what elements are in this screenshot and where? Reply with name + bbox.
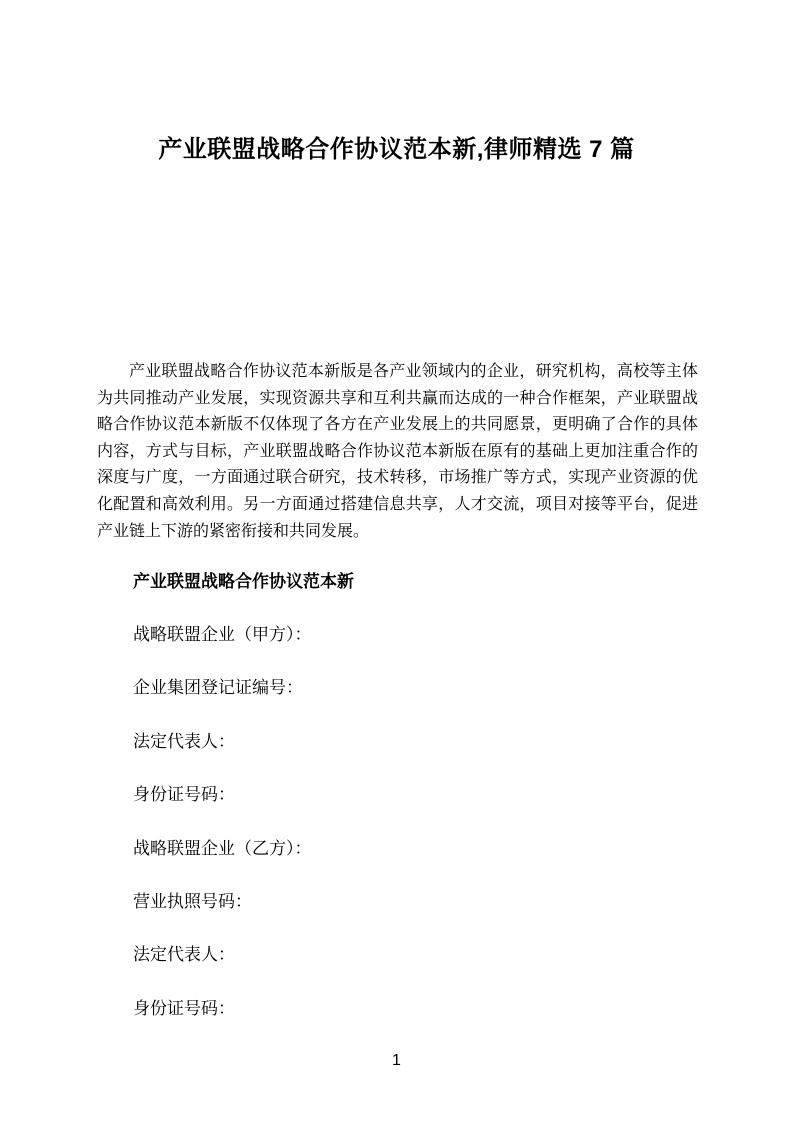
section-heading: 产业联盟战略合作协议范本新 — [133, 569, 354, 595]
intro-paragraph-line: 深度与广度，一方面通过联合研究，技术转移，市场推广等方式，实现产业资源的优 — [97, 465, 698, 492]
field-legal-representative-a-label: 法定代表人： — [133, 733, 312, 786]
field-list: 战略联盟企业（甲方）： 企业集团登记证编号： 法定代表人： 身份证号码： 战略联… — [133, 626, 312, 1053]
intro-paragraph-line: 略合作协议范本新版不仅体现了各方在产业发展上的共同愿景，更明确了合作的具体 — [97, 412, 698, 439]
field-id-number-a-label: 身份证号码： — [133, 786, 312, 839]
field-legal-representative-b-label: 法定代表人： — [133, 946, 312, 999]
field-business-license-number-label: 营业执照号码： — [133, 893, 312, 946]
field-id-number-b-label: 身份证号码： — [133, 1000, 312, 1053]
intro-paragraph-line: 为共同推动产业发展，实现资源共享和互利共赢而达成的一种合作框架，产业联盟战 — [97, 386, 698, 413]
intro-paragraph-line: 内容，方式与目标，产业联盟战略合作协议范本新版在原有的基础上更加注重合作的 — [97, 439, 698, 466]
intro-paragraph-line: 化配置和高效利用。另一方面通过搭建信息共享，人才交流，项目对接等平台，促进 — [97, 492, 698, 519]
intro-paragraph: 产业联盟战略合作协议范本新版是各产业领域内的企业，研究机构，高校等主体 为共同推… — [97, 359, 698, 545]
field-party-b-label: 战略联盟企业（乙方）： — [133, 840, 312, 893]
page-number: 1 — [0, 1052, 793, 1070]
document-title: 产业联盟战略合作协议范本新,律师精选 7 篇 — [0, 136, 793, 164]
document-page: 产业联盟战略合作协议范本新,律师精选 7 篇 产业联盟战略合作协议范本新版是各产… — [0, 0, 793, 1122]
intro-paragraph-line: 产业链上下游的紧密衔接和共同发展。 — [97, 519, 698, 546]
field-party-a-label: 战略联盟企业（甲方）： — [133, 626, 312, 679]
field-group-registration-number-label: 企业集团登记证编号： — [133, 679, 312, 732]
intro-paragraph-line: 产业联盟战略合作协议范本新版是各产业领域内的企业，研究机构，高校等主体 — [97, 359, 698, 386]
